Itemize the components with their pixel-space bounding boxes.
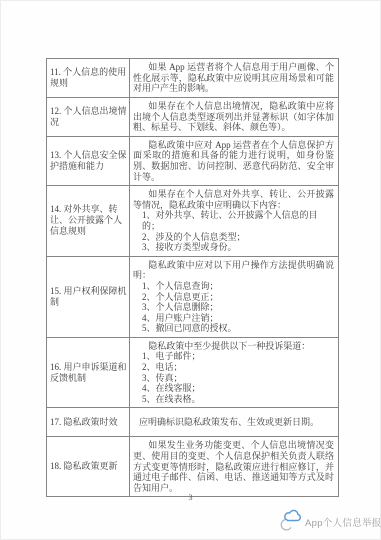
- description-list-item: 2、个人信息更正；: [142, 292, 334, 303]
- item-label-cell: 17. 隐私政策时效: [47, 408, 130, 436]
- item-label-cell: 11. 个人信息的使用规则: [47, 59, 130, 97]
- item-label-cell: 15. 用户权利保障机制: [47, 257, 130, 337]
- document-page: 11. 个人信息的使用规则如果 App 运营者将个人信息用于用户画像、个性化展示…: [0, 0, 381, 540]
- item-label-cell: 18. 隐私政策更新: [47, 437, 130, 496]
- description-list-item: 1、个人信息查询；: [142, 281, 334, 292]
- item-description-cell: 应明确标识隐私政策发布、生效或更新日期。: [130, 408, 338, 436]
- description-list-item: 1、电子邮件；: [142, 351, 334, 362]
- footer-watermark: App个人信息举报: [277, 502, 381, 532]
- description-paragraph: 如果存在个人信息对外共享、转让、公开披露等情况，隐私政策中应明确以下内容：: [133, 189, 334, 210]
- table-row: 17. 隐私政策时效应明确标识隐私政策发布、生效或更新日期。: [47, 408, 338, 437]
- page-number: 3: [1, 493, 380, 502]
- item-label-cell: 16. 用户申诉渠道和反馈机制: [47, 338, 130, 408]
- item-description-cell: 隐私政策中应对以下用户操作方法提供明确说明：1、个人信息查询；2、个人信息更正；…: [130, 257, 338, 337]
- description-list-item: 3、个人信息删除；: [142, 302, 334, 313]
- description-list-item: 应明确标识隐私政策发布、生效或更新日期。: [139, 417, 334, 428]
- description-list-item: 5、撤回已同意的授权。: [142, 323, 334, 334]
- description-paragraph: 隐私政策中应对 App 运营者在个人信息保护方面采取的措施和具备的能力进行说明，…: [133, 140, 334, 182]
- cloud-report-logo-icon: [277, 506, 304, 532]
- privacy-policy-assessment-table: 11. 个人信息的使用规则如果 App 运营者将个人信息用于用户画像、个性化展示…: [46, 58, 339, 497]
- description-paragraph: 隐私政策中至少提供以下一种投诉渠道：: [133, 341, 334, 352]
- footer-logo-text: App个人信息举报: [305, 515, 381, 532]
- item-description-cell: 如果存在个人信息出境情况，隐私政策中应将出境个人信息类型逐项列出并显著标识（如字…: [130, 98, 338, 136]
- table-row: 16. 用户申诉渠道和反馈机制隐私政策中至少提供以下一种投诉渠道：1、电子邮件；…: [47, 338, 338, 409]
- description-paragraph: 如果存在个人信息出境情况，隐私政策中应将出境个人信息类型逐项列出并显著标识（如字…: [133, 101, 334, 133]
- description-list-item: 2、电话；: [142, 362, 334, 373]
- item-description-cell: 如果存在个人信息对外共享、转让、公开披露等情况，隐私政策中应明确以下内容：1、对…: [130, 186, 338, 256]
- description-paragraph: 如果 App 运营者将个人信息用于用户画像、个性化展示等，隐私政策中应说明其应用…: [133, 62, 334, 94]
- description-list-item: 3、接收方类型或身份。: [142, 242, 334, 253]
- table-row: 11. 个人信息的使用规则如果 App 运营者将个人信息用于用户画像、个性化展示…: [47, 59, 338, 98]
- description-list-item: 2、涉及的个人信息类型；: [142, 232, 334, 243]
- description-list-item: 5、在线表格。: [142, 394, 334, 405]
- description-list-item: 3、传真；: [142, 373, 334, 384]
- item-description-cell: 隐私政策中应对 App 运营者在个人信息保护方面采取的措施和具备的能力进行说明，…: [130, 137, 338, 185]
- table-row: 13. 个人信息安全保护措施和能力隐私政策中应对 App 运营者在个人信息保护方…: [47, 137, 338, 186]
- item-description-cell: 隐私政策中至少提供以下一种投诉渠道：1、电子邮件；2、电话；3、传真；4、在线客…: [130, 338, 338, 408]
- item-label-cell: 12. 个人信息出境情况: [47, 98, 130, 136]
- table-row: 14. 对外共享、转让、公开披露个人信息规则如果存在个人信息对外共享、转让、公开…: [47, 186, 338, 257]
- item-label-cell: 13. 个人信息安全保护措施和能力: [47, 137, 130, 185]
- description-paragraph: 隐私政策中应对以下用户操作方法提供明确说明：: [133, 260, 334, 281]
- description-list-item: 4、用户账户注销；: [142, 313, 334, 324]
- table-row: 15. 用户权利保障机制隐私政策中应对以下用户操作方法提供明确说明：1、个人信息…: [47, 257, 338, 338]
- item-description-cell: 如果发生业务功能变更、个人信息出境情况变更、使用目的变更、个人信息保护相关负责人…: [130, 437, 338, 496]
- item-label-cell: 14. 对外共享、转让、公开披露个人信息规则: [47, 186, 130, 256]
- table-row: 12. 个人信息出境情况如果存在个人信息出境情况，隐私政策中应将出境个人信息类型…: [47, 98, 338, 137]
- description-list-item: 4、在线客服；: [142, 383, 334, 394]
- item-description-cell: 如果 App 运营者将个人信息用于用户画像、个性化展示等，隐私政策中应说明其应用…: [130, 59, 338, 97]
- description-paragraph: 如果发生业务功能变更、个人信息出境情况变更、使用目的变更、个人信息保护相关负责人…: [133, 440, 334, 493]
- description-list-item: 1、对外共享、转让、公开披露个人信息的目的；: [142, 210, 334, 231]
- table-row: 18. 隐私政策更新如果发生业务功能变更、个人信息出境情况变更、使用目的变更、个…: [47, 437, 338, 496]
